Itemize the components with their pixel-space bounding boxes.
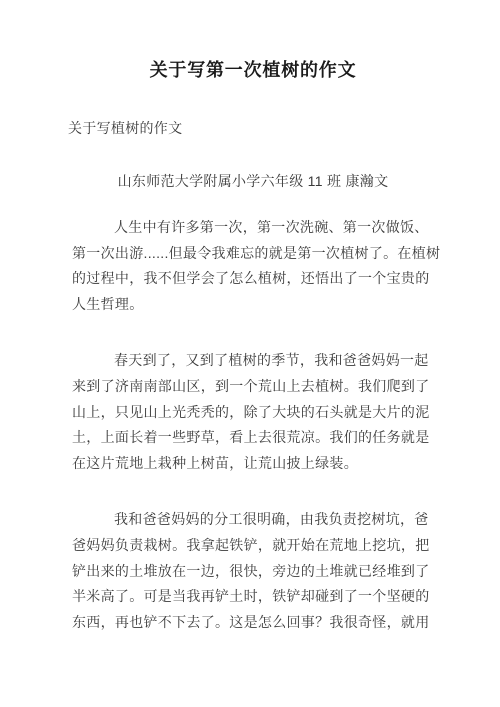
essay-line: 在这片荒地上栽种上树苗，让荒山披上绿装。 xyxy=(72,451,434,477)
essay-line: 春天到了，又到了植树的季节，我和爸爸妈妈一起 xyxy=(72,348,434,374)
essay-paragraph: 人生中有许多第一次，第一次洗碗、第一次做饭、第一次出游......但最令我难忘的… xyxy=(72,215,434,317)
essay-line: 第一次出游......但最令我难忘的就是第一次植树了。在植树 xyxy=(72,241,434,267)
essay-line: 爸妈妈负责栽树。我拿起铁铲，就开始在荒地上挖坑，把 xyxy=(72,533,434,559)
document-title: 关于写第一次植树的作文 xyxy=(72,0,434,82)
essay-line: 人生中有许多第一次，第一次洗碗、第一次做饭、 xyxy=(72,215,434,241)
essay-line: 我和爸爸妈妈的分工很明确，由我负责挖树坑，爸 xyxy=(72,507,434,533)
essay-line: 的过程中，我不但学会了怎么植树，还悟出了一个宝贵的 xyxy=(72,266,434,292)
essay-line: 来到了济南南部山区，到一个荒山上去植树。我们爬到了 xyxy=(72,374,434,400)
essay-paragraph: 我和爸爸妈妈的分工很明确，由我负责挖树坑，爸爸妈妈负责栽树。我拿起铁铲，就开始在… xyxy=(72,507,434,635)
document-page: 关于写第一次植树的作文 关于写植树的作文 山东师范大学附属小学六年级 11 班 … xyxy=(0,0,500,707)
essay-line: 土，上面长着一些野草，看上去很荒凉。我们的任务就是 xyxy=(72,425,434,451)
essay-body: 人生中有许多第一次，第一次洗碗、第一次做饭、第一次出游......但最令我难忘的… xyxy=(72,215,434,635)
author-byline: 山东师范大学附属小学六年级 11 班 康瀚文 xyxy=(72,171,434,191)
essay-line: 人生哲理。 xyxy=(72,292,434,318)
essay-line: 山上，只见山上光秃秃的，除了大块的石头就是大片的泥 xyxy=(72,400,434,426)
essay-line: 铲出来的土堆放在一边，很快，旁边的土堆就已经堆到了 xyxy=(72,559,434,585)
document-subtitle: 关于写植树的作文 xyxy=(68,118,434,138)
essay-line: 半米高了。可是当我再铲土时，铁铲却碰到了一个坚硬的 xyxy=(72,584,434,610)
essay-line: 东西，再也铲不下去了。这是怎么回事？我很奇怪，就用 xyxy=(72,610,434,636)
essay-paragraph: 春天到了，又到了植树的季节，我和爸爸妈妈一起来到了济南南部山区，到一个荒山上去植… xyxy=(72,348,434,476)
